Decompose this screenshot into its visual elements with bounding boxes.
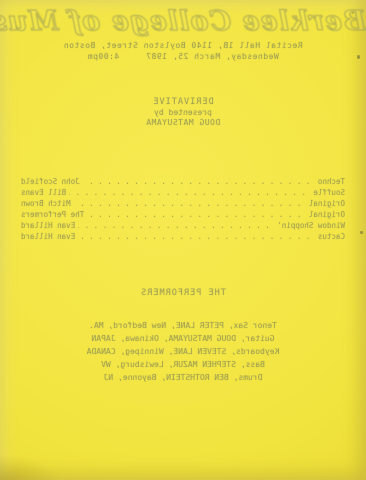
piece-title: Cactus — [318, 231, 345, 242]
program-row: Techno . . . . . . . . . . . . . . . . .… — [21, 176, 345, 187]
mirrored-bleedthrough-layer: Berklee College of Music Recital Hall 1B… — [0, 0, 366, 480]
paper-speck — [360, 231, 363, 234]
venue-line: Recital Hall 1B, 1140 Boylston Street, B… — [0, 41, 366, 50]
program-list: Techno . . . . . . . . . . . . . . . . .… — [21, 176, 345, 242]
composer-name: Evan Hillard — [21, 220, 75, 231]
presented-by-label: presented by — [0, 108, 366, 117]
piece-title: Techno — [318, 176, 345, 187]
dot-leader: . . . . . . . . . . . . . . . . . . . . … — [83, 176, 315, 187]
dot-leader: . . . . . . . . . . . . . . . . . . . . … — [74, 198, 306, 209]
composer-name: The Performers — [21, 209, 84, 220]
berklee-logo: Berklee College of Music — [0, 6, 366, 37]
program-row: Original . . . . . . . . . . . . . . . .… — [21, 209, 345, 220]
performer-line: Drums, BEN ROTHSTEIN, Bayonne, NJ — [0, 371, 366, 384]
paper-speck — [357, 55, 360, 59]
program-row: Window Shoppin' . . . . . . . . . . . . … — [21, 220, 345, 231]
dot-leader: . . . . . . . . . . . . . . . . . . . . … — [87, 209, 306, 220]
composer-name: Evan Hillard — [21, 231, 75, 242]
performers-heading: THE PERFORMERS — [0, 288, 366, 298]
program-row: Cactus . . . . . . . . . . . . . . . . .… — [21, 231, 345, 242]
performers-list: Tenor Sax, PETER LANE, New Bedford, MA.G… — [0, 319, 366, 384]
presenter-name: DOUG MATSUYAMA — [0, 118, 366, 127]
piece-title: Original — [309, 198, 345, 209]
program-row: Original . . . . . . . . . . . . . . . .… — [21, 198, 345, 209]
piece-title: Original — [309, 209, 345, 220]
performer-line: Tenor Sax, PETER LANE, New Bedford, MA. — [0, 319, 366, 332]
paper-speck — [352, 12, 354, 14]
composer-name: Mitch Brown — [21, 198, 71, 209]
dot-leader: . . . . . . . . . . . . . . . . . . . . … — [69, 187, 310, 198]
performer-line: Bass, STEPHEN MAZUR, Lewisburg, WV — [0, 358, 366, 371]
performer-line: Guitar, DOUG MATSUYAMA, Okinawa, JAPAN — [0, 332, 366, 345]
performer-line: Keyboards, STEVEN LANE, Winnipeg, CANADA — [0, 345, 366, 358]
composer-name: John Scofield — [21, 176, 80, 187]
dot-leader: . . . . . . . . . . . . . . . . . . . . … — [78, 231, 315, 242]
dot-leader: . . . . . . . . . . . . . . . . . . . . … — [78, 220, 274, 231]
date-line: Wednesday, March 25, 1987 4:00pm — [0, 52, 366, 61]
scanned-program-page: Berklee College of Music Recital Hall 1B… — [0, 0, 366, 480]
composer-name: Bill Evans — [21, 187, 66, 198]
piece-title: Souffle — [313, 187, 345, 198]
piece-title: Window Shoppin' — [277, 220, 345, 231]
program-row: Souffle . . . . . . . . . . . . . . . . … — [21, 187, 345, 198]
recital-title: DERIVATIVE — [0, 97, 366, 107]
corner-shadow — [0, 454, 60, 480]
